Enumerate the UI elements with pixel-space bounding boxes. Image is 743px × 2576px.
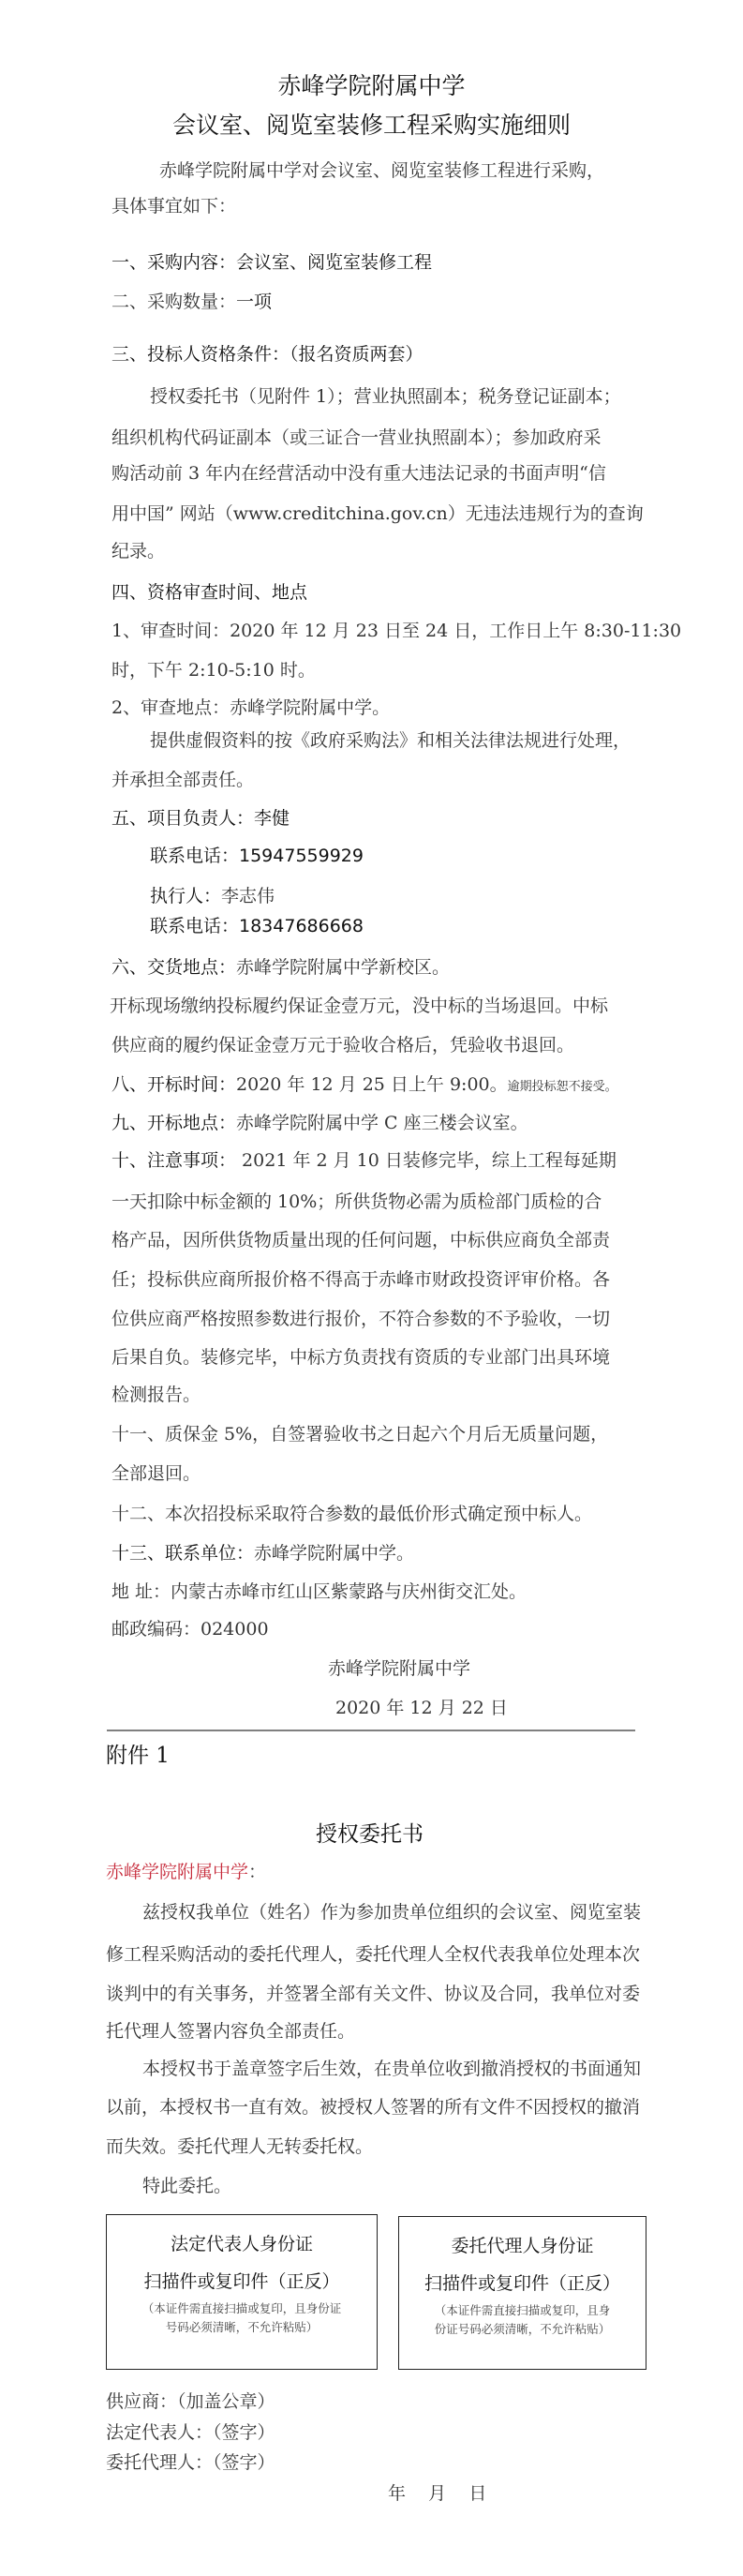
addressee-org: 赤峰学院附属中学 [106,1862,248,1882]
authorization-line: 托代理人签署内容负全部责任。 [106,2020,355,2043]
deposit-line: 供应商的履约保证金壹万元于验收合格后，凭验收书退回。 [111,1034,574,1056]
section-project-lead: 五、项目负责人：李健 [111,807,290,830]
section-label: 一、采购内容： [111,252,236,273]
notes-line: 任；投标供应商所报价格不得高于赤峰市财政投资评审价格。各 [111,1268,610,1291]
section-value: 赤峰学院附属中学 C 座三楼会议室。 [236,1113,528,1133]
section-label: 六、交货地点： [111,957,236,978]
authorization-line: 谈判中的有关事务，并签署全部有关文件、协议及合同，我单位对委 [106,1983,640,2005]
agent-id-box: 委托代理人身份证 扫描件或复印件（正反） （本证件需直接扫描或复印，且身 份证号… [398,2216,646,2370]
review-line: 1、审查时间：2020 年 12 月 23 日至 24 日，工作日上午 8:30… [111,620,681,642]
section-review-time-place: 四、资格审查时间、地点 [111,581,307,604]
notes-line: 检测报告。 [111,1384,201,1406]
supplier-seal-field: 供应商：（加盖公章） [106,2390,275,2413]
review-line: 并承担全部责任。 [111,769,254,791]
section-delivery-location: 六、交货地点：赤峰学院附属中学新校区。 [111,956,450,979]
id-box-title: 法定代表人身份证 [107,2230,377,2255]
agent-signature-field: 委托代理人：（签字） [106,2451,275,2474]
id-box-note: （本证件需直接扫描或复印，且身 [399,2301,646,2320]
section-value: 会议室、阅览室装修工程 [236,252,432,273]
executor-name: 李志伟 [221,886,275,906]
addressee-colon: ： [248,1862,266,1882]
id-box-subtitle: 扫描件或复印件（正反） [399,2269,646,2295]
id-box-note: （本证件需直接扫描或复印，且身份证 [107,2299,377,2318]
intro-line-2: 具体事宜如下： [111,195,236,217]
late-bid-note: 逾期投标恕不接受。 [508,1080,617,1094]
section-value: 赤峰学院附属中学新校区。 [236,957,450,978]
signature-date: 2020 年 12 月 22 日 [335,1697,508,1719]
authorization-line: 修工程采购活动的委托代理人，委托代理人全权代表我单位处理本次 [106,1943,640,1966]
id-box-subtitle: 扫描件或复印件（正反） [107,2268,377,2293]
review-line: 提供虚假资料的按《政府采购法》和相关法律法规进行处理， [150,729,631,752]
signature-org: 赤峰学院附属中学 [328,1657,470,1680]
section-bid-opening-place: 九、开标地点：赤峰学院附属中学 C 座三楼会议室。 [111,1112,528,1134]
section-procurement-content: 一、采购内容：会议室、阅览室装修工程 [111,251,432,274]
validity-line: 以前，本授权书一直有效。被授权人签署的所有文件不因授权的撤消 [106,2096,640,2119]
addressee: 赤峰学院附属中学： [106,1861,266,1883]
section-contact-unit: 十三、联系单位：赤峰学院附属中学。 [111,1542,414,1565]
section-label: 十三、联系单位： [111,1543,254,1564]
validity-line: 而失效。委托代理人无转委托权。 [106,2135,373,2158]
section-bidder-qualifications: 三、投标人资格条件：（报名资质两套） [111,343,424,366]
review-line: 时，下午 2:10-5:10 时。 [111,659,316,681]
section-label: 十、注意事项： [111,1150,236,1171]
qualification-line: 购活动前 3 年内在经营活动中没有重大违法记录的书面声明“信 [111,462,606,485]
validity-line: 本授权书于盖章签字后生效，在贵单位收到撤消授权的书面通知 [142,2058,641,2080]
section-award-method: 十二、本次招投标采取符合参数的最低价形式确定预中标人。 [111,1503,592,1525]
intro-line-1: 赤峰学院附属中学对会议室、阅览室装修工程进行采购， [159,159,604,182]
notes-line: 格产品，因所供货物质量出现的任何问题，中标供应商负全部责 [111,1229,610,1251]
qualification-line: 用中国” 网站（www.creditchina.gov.cn）无违法违规行为的查… [111,502,644,525]
section-value: 赤峰学院附属中学。 [254,1543,414,1564]
section-value: 2020 年 12 月 25 日上午 9:00。 [236,1074,508,1095]
notes-line: 位供应商严格按照参数进行报价，不符合参数的不予验收，一切 [111,1308,610,1330]
qualification-line: 授权委托书（见附件 1）；营业执照副本；税务登记证副本； [150,385,621,408]
authorization-line: 兹授权我单位（姓名）作为参加贵单位组织的会议室、阅览室装 [142,1901,641,1924]
postcode: 邮政编码：024000 [111,1618,269,1640]
section-value: 2021 年 2 月 10 日装修完毕，综上工程每延期 [236,1150,617,1171]
section-procurement-quantity: 二、采购数量：一项 [111,291,272,313]
page-title-org: 赤峰学院附属中学 [0,71,743,101]
id-box-note: 号码必须清晰，不允许粘贴） [107,2318,377,2337]
attachment-label: 附件 1 [106,1743,170,1769]
address: 地 址：内蒙古赤峰市红山区紫蒙路与庆州街交汇处。 [111,1580,527,1603]
page-divider [107,1730,635,1731]
lead-phone: 联系电话：15947559929 [150,845,364,867]
id-box-note: 份证号码必须清晰，不允许粘贴） [399,2320,646,2339]
legal-rep-id-box: 法定代表人身份证 扫描件或复印件（正反） （本证件需直接扫描或复印，且身份证 号… [106,2214,378,2370]
executor-label: 执行人： [150,886,221,906]
executor-phone: 联系电话：18347686668 [150,915,364,937]
sign-date-field: 年 月 日 [388,2482,486,2505]
section-value: 一项 [236,292,272,312]
deposit-line: 开标现场缴纳投标履约保证金壹万元，没中标的当场退回。中标 [110,995,608,1017]
legal-rep-signature-field: 法定代表人：（签字） [106,2421,275,2444]
qualification-line: 组织机构代码证副本（或三证合一营业执照副本）；参加政府采 [111,427,602,449]
notes-line: 一天扣除中标金额的 10%；所供货物必需为质检部门质检的合 [111,1191,602,1213]
attachment-title: 授权委托书 [316,1821,424,1848]
notes-line: 后果自负。装修完毕，中标方负责找有资质的专业部门出具环境 [111,1346,610,1369]
section-bid-opening-time: 八、开标时间：2020 年 12 月 25 日上午 9:00。逾期投标恕不接受。 [111,1073,617,1099]
page-title: 会议室、阅览室装修工程采购实施细则 [0,111,743,141]
section-label: 二、采购数量： [111,292,236,312]
section-label: 八、开标时间： [111,1074,236,1095]
id-box-title: 委托代理人身份证 [399,2232,646,2257]
closing-statement: 特此委托。 [142,2175,231,2197]
section-notes: 十、注意事项： 2021 年 2 月 10 日装修完毕，综上工程每延期 [111,1149,617,1172]
section-warranty: 十一、质保金 5%，自签署验收书之日起六个月后无质量问题， [111,1423,608,1445]
section-warranty-cont: 全部退回。 [111,1462,201,1485]
qualification-line: 纪录。 [111,540,165,562]
executor: 执行人：李志伟 [150,885,275,907]
section-label: 九、开标地点： [111,1113,236,1133]
review-line: 2、审查地点：赤峰学院附属中学。 [111,696,390,719]
